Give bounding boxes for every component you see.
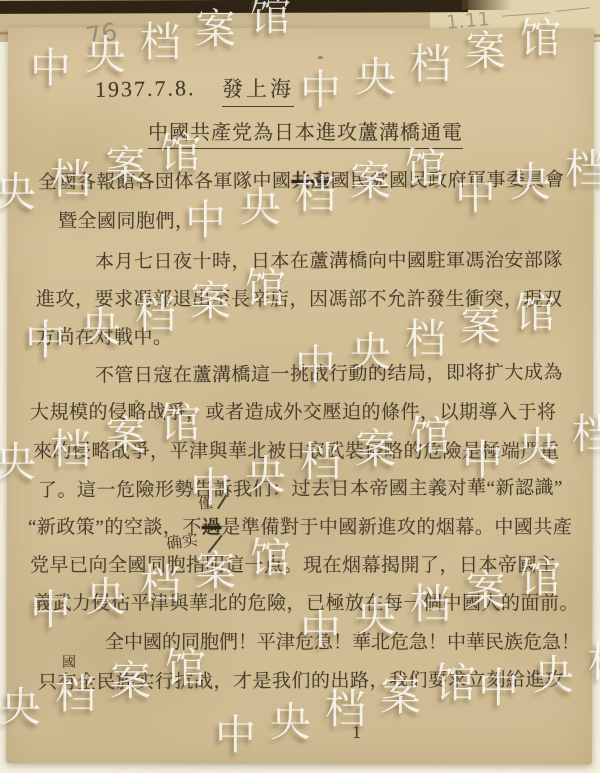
pencil-note-top-right: 1.11 [445, 8, 491, 34]
text-line: 本月七日夜十時，日本在蘆溝橋向中國駐軍馮治安部隊 [95, 245, 563, 274]
line1-pre: 全國各報館各団体各軍隊中國 [38, 171, 292, 193]
pencil-page-number-top: 76 [84, 17, 120, 50]
interlinear-edit-above-line10: 僅 [197, 491, 214, 513]
interlinear-edit-above-line14: 國 [62, 652, 76, 672]
text-line: 來的侵略战爭，平津與華北被日寇武裝侵略的危險是極端严重 [33, 436, 560, 463]
manuscript-content: 76 1.11 1937.7.8. 發上海 中國共產党為日本進攻蘆溝橋通電 全國… [0, 0, 600, 773]
text-line: 暨全國同胞們， [58, 206, 195, 233]
text-line: 義武力侵佔平津與華北的危險，已極放在每一個中國人的面前。 [33, 588, 579, 615]
pencil-scribble [502, 12, 550, 16]
line10-post: 是準備對于中國新進攻的烟幕。中國共產 [221, 517, 572, 538]
text-line: 了。這一危險形勢告訴我们：过去日本帝國主義对華“新認識” [38, 473, 563, 503]
text-line: 全國各報館各団体各軍隊中國共產國民党國民政府軍事委員會 [38, 165, 565, 195]
telegram-date: 1937.7.8. [95, 75, 196, 103]
interlinear-edit-above-line11: 确实 [165, 527, 200, 554]
text-line: 全中國的同胞們！平津危急！華北危急！中華民族危急！ [105, 627, 580, 654]
telegram-destination: 發上海 [222, 73, 294, 107]
line1-struck-chars: 共產 [291, 171, 330, 192]
text-line: 方尚在对戦中。 [36, 322, 173, 349]
document-title: 中國共產党為日本進攻蘆溝橋通電 [148, 116, 463, 149]
line10-struck-char: 過 [202, 517, 222, 538]
line1-post: 國民党國民政府軍事委員會 [330, 170, 564, 192]
text-line: 大規模的侵略战爭，或者造成外交壓迫的條件，以期導入于将 [30, 397, 557, 424]
text-line: 進攻，要求馮部退出至長辛店，因馮部不允許發生衝突，現双 [36, 284, 563, 311]
pencil-scribble [556, 7, 590, 12]
text-line: 不管日寇在蘆溝橋這一挑战行動的结局，即将扩大成為 [95, 357, 563, 387]
text-line: “新政策”的空談，不過是準備對于中國新進攻的烟幕。中國共產 [28, 512, 572, 539]
scanned-document-page: 76 1.11 1937.7.8. 發上海 中國共產党為日本進攻蘆溝橋通電 全國… [0, 0, 600, 773]
page-number-bottom: 1 [352, 722, 362, 743]
text-line: 只有全民族实行抗战，才是我们的出路，我们要求立刻給進攻 [38, 665, 565, 695]
text-line: 党早已向全國同胞指明這一点。現在烟幕揭開了，日本帝國主 [30, 550, 557, 577]
